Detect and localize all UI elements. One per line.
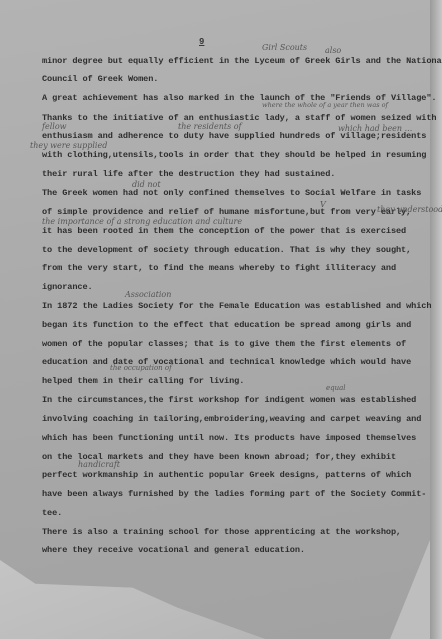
handwritten-note: which had been ...: [338, 124, 412, 133]
text-line: women of the popular classes; that is to…: [42, 339, 406, 349]
text-line: with clothing,utensils,tools in order th…: [42, 150, 426, 160]
handwritten-note: fellow: [42, 122, 66, 131]
handwritten-note: handicraft: [78, 460, 120, 469]
text-line: from the very start, to find the means w…: [42, 263, 396, 273]
text-line: education and date of vocational and tec…: [42, 357, 411, 367]
handwritten-note: equal: [326, 384, 346, 392]
handwritten-note: the importance of a strong education and…: [42, 217, 242, 226]
text-line: In the circumstances,the first workshop …: [42, 395, 416, 405]
text-line: perfect workmanship in authentic popular…: [42, 470, 411, 480]
text-line: tee.: [42, 508, 62, 518]
handwritten-note: the residents of: [178, 122, 242, 131]
text-line: to the development of society through ed…: [42, 245, 411, 255]
text-line: of simple providence and relief of human…: [42, 207, 411, 217]
text-line: In 1872 the Ladies Society for the Femal…: [42, 301, 431, 311]
text-line: Council of Greek Women.: [42, 74, 158, 84]
text-line: involving coaching in tailoring,embroide…: [42, 414, 421, 424]
handwritten-note: did not: [132, 180, 161, 189]
text-line: minor degree but equally efficient in th…: [42, 56, 442, 66]
text-line: began its function to the effect that ed…: [42, 320, 411, 330]
handwritten-note: where the whole of a year then was of: [262, 101, 388, 109]
page-number: 9: [199, 37, 204, 47]
handwritten-note: V: [320, 200, 326, 209]
text-line: it has been rooted in them the conceptio…: [42, 226, 406, 236]
handwritten-note: Girl Scouts: [262, 43, 307, 52]
text-line: There is also a training school for thos…: [42, 527, 401, 537]
text-line: have been always furnished by the ladies…: [42, 489, 426, 499]
handwritten-note: the occupation of: [110, 364, 172, 372]
text-line: helped them in their calling for living.: [42, 376, 244, 386]
text-line: their rural life after the destruction t…: [42, 169, 335, 179]
handwritten-note: Association: [125, 290, 171, 299]
text-line: ignorance.: [42, 282, 93, 292]
text-line: where they receive vocational and genera…: [42, 545, 305, 555]
text-line: The Greek women had not only confined th…: [42, 188, 421, 198]
handwritten-note: they were supplied: [30, 141, 107, 150]
handwritten-note: they understood: [377, 205, 442, 214]
text-line: which has been functioning until now. It…: [42, 433, 416, 443]
handwritten-note: also: [325, 46, 341, 55]
